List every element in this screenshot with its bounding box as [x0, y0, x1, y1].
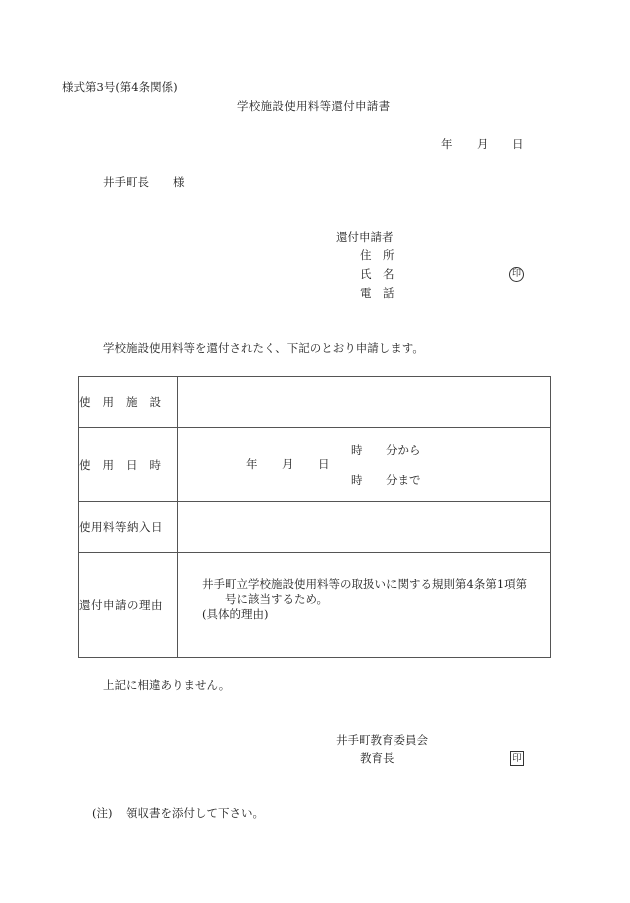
reason-value[interactable]: 井手町立学校施設使用料等の取扱いに関する規則第4条第1項第 号に該当するため。 …	[178, 553, 551, 658]
datetime-label: 使用日時	[79, 428, 178, 502]
reason-line-2: 号に該当するため。	[225, 594, 328, 606]
reason-label: 還付申請の理由	[79, 553, 178, 658]
facility-value[interactable]	[178, 377, 551, 428]
table-row-datetime: 使用日時 年 月 日 時 分から 時 分まで	[79, 428, 551, 502]
table-row-reason: 還付申請の理由 井手町立学校施設使用料等の取扱いに関する規則第4条第1項第 号に…	[79, 553, 551, 658]
date-month: 月	[477, 139, 489, 151]
table-row-payment-date: 使用料等納入日	[79, 502, 551, 553]
time-to-minute: 分まで	[386, 475, 421, 487]
datetime-value[interactable]: 年 月 日 時 分から 時 分まで	[178, 428, 551, 502]
applicant-phone-label: 電 話	[360, 288, 395, 300]
usage-month: 月	[282, 459, 294, 471]
reason-line-1: 井手町立学校施設使用料等の取扱いに関する規則第4条第1項第	[202, 579, 527, 591]
facility-label: 使用施設	[79, 377, 178, 428]
approver-title: 教育長	[360, 753, 395, 765]
addressee-honorific: 様	[173, 177, 185, 189]
document-title: 学校施設使用料等還付申請書	[237, 101, 390, 113]
application-table: 使用施設 使用日時 年 月 日 時 分から 時 分まで 使用料等納入日 還付申請…	[78, 376, 551, 658]
approver-org: 井手町教育委員会	[336, 735, 428, 747]
date-year: 年	[441, 139, 453, 151]
applicant-name-label: 氏 名	[360, 269, 395, 281]
date-day: 日	[512, 139, 524, 151]
form-number: 様式第3号(第4条関係)	[62, 82, 178, 94]
note-label: (注)	[92, 808, 112, 820]
note-text: 領収書を添付して下さい。	[126, 808, 264, 820]
usage-year: 年	[246, 459, 258, 471]
reason-line-3: (具体的理由)	[202, 609, 268, 621]
table-row-facility: 使用施設	[79, 377, 551, 428]
time-from-minute: 分から	[386, 445, 421, 457]
intro-text: 学校施設使用料等を還付されたく、下記のとおり申請します。	[103, 343, 424, 355]
applicant-address-label: 住 所	[360, 250, 395, 262]
time-to-hour: 時	[351, 475, 363, 487]
addressee-name: 井手町長	[103, 177, 149, 189]
payment-date-value[interactable]	[178, 502, 551, 553]
usage-day: 日	[318, 459, 330, 471]
applicant-heading: 還付申請者	[336, 232, 394, 244]
applicant-seal-icon: 印	[509, 267, 524, 282]
payment-date-label: 使用料等納入日	[79, 502, 178, 553]
confirmation-text: 上記に相違ありません。	[103, 680, 230, 692]
time-from-hour: 時	[351, 445, 363, 457]
approver-seal-icon: 印	[510, 751, 524, 766]
